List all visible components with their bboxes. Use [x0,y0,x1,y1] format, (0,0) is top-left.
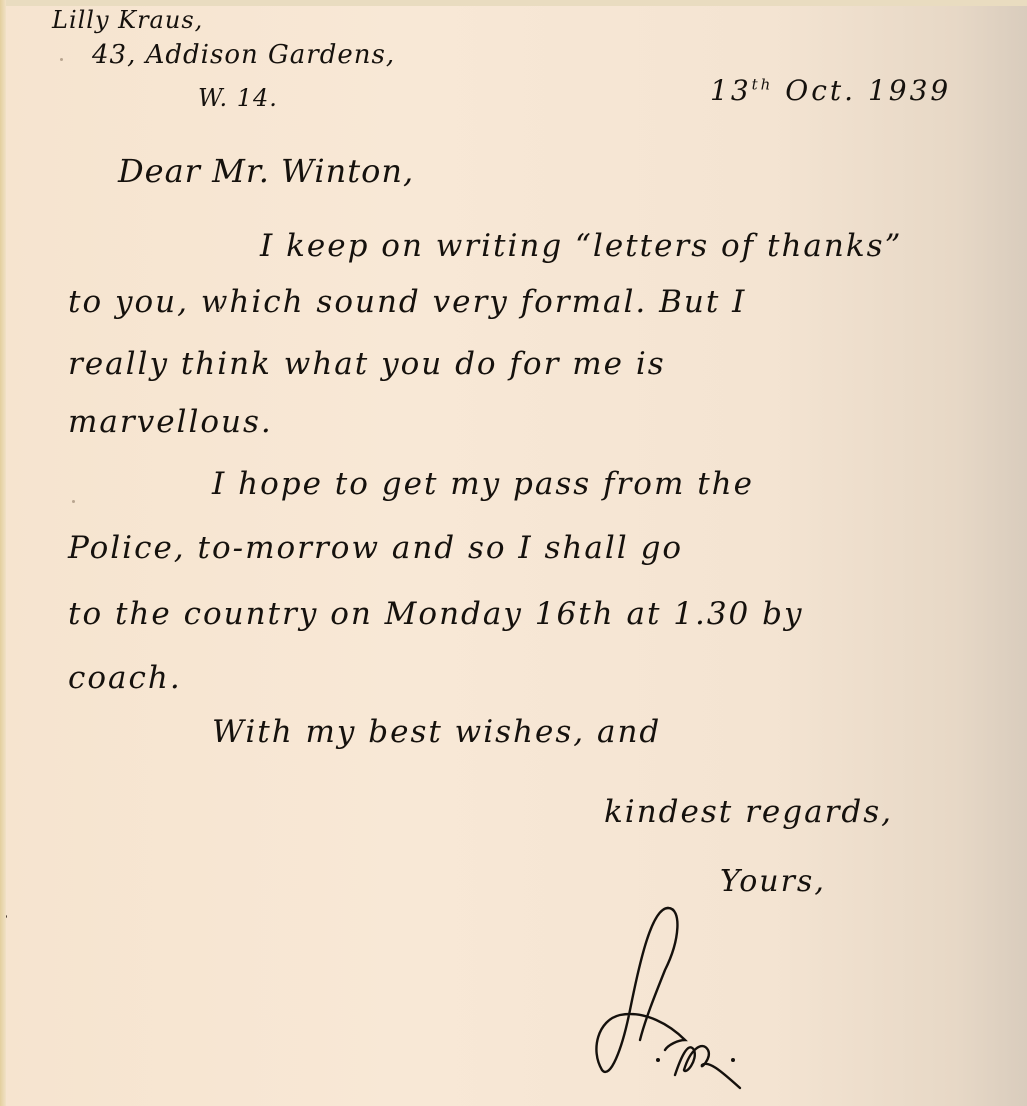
body-line: I keep on writing “letters of thanks” [260,228,902,264]
body-line: I hope to get my pass from the [212,466,754,502]
paper-speck [218,308,221,311]
body-line: marvellous. [68,404,273,440]
body-line: coach. [68,660,182,696]
date-month-year: Oct. 1939 [785,74,951,107]
paper-speck [72,500,75,503]
sender-postal-district: W. 14. [198,84,278,112]
body-line: to the country on Monday 16th at 1.30 by [68,596,804,632]
signature-icon [590,900,770,1090]
paper-speck [60,58,63,61]
body-line: With my best wishes, and [212,714,661,750]
body-line: Police, to-morrow and so I shall go [68,530,683,566]
salutation: Dear Mr. Winton, [118,152,414,190]
closing-regards: kindest regards, [604,794,893,830]
letter-page: Lilly Kraus, 43, Addison Gardens, W. 14.… [0,0,1027,1106]
body-line: really think what you do for me is [68,346,666,382]
paper-speck [4,915,7,918]
date-day: 13 [710,74,752,107]
sender-name: Lilly Kraus, [52,6,203,34]
body-line: to you, which sound very formal. But I [68,284,746,320]
sender-street-address: 43, Addison Gardens, [92,40,395,70]
closing-yours: Yours, [720,864,826,899]
date-day-suffix: th [752,76,774,94]
letter-date: 13th Oct. 1939 [710,74,951,107]
